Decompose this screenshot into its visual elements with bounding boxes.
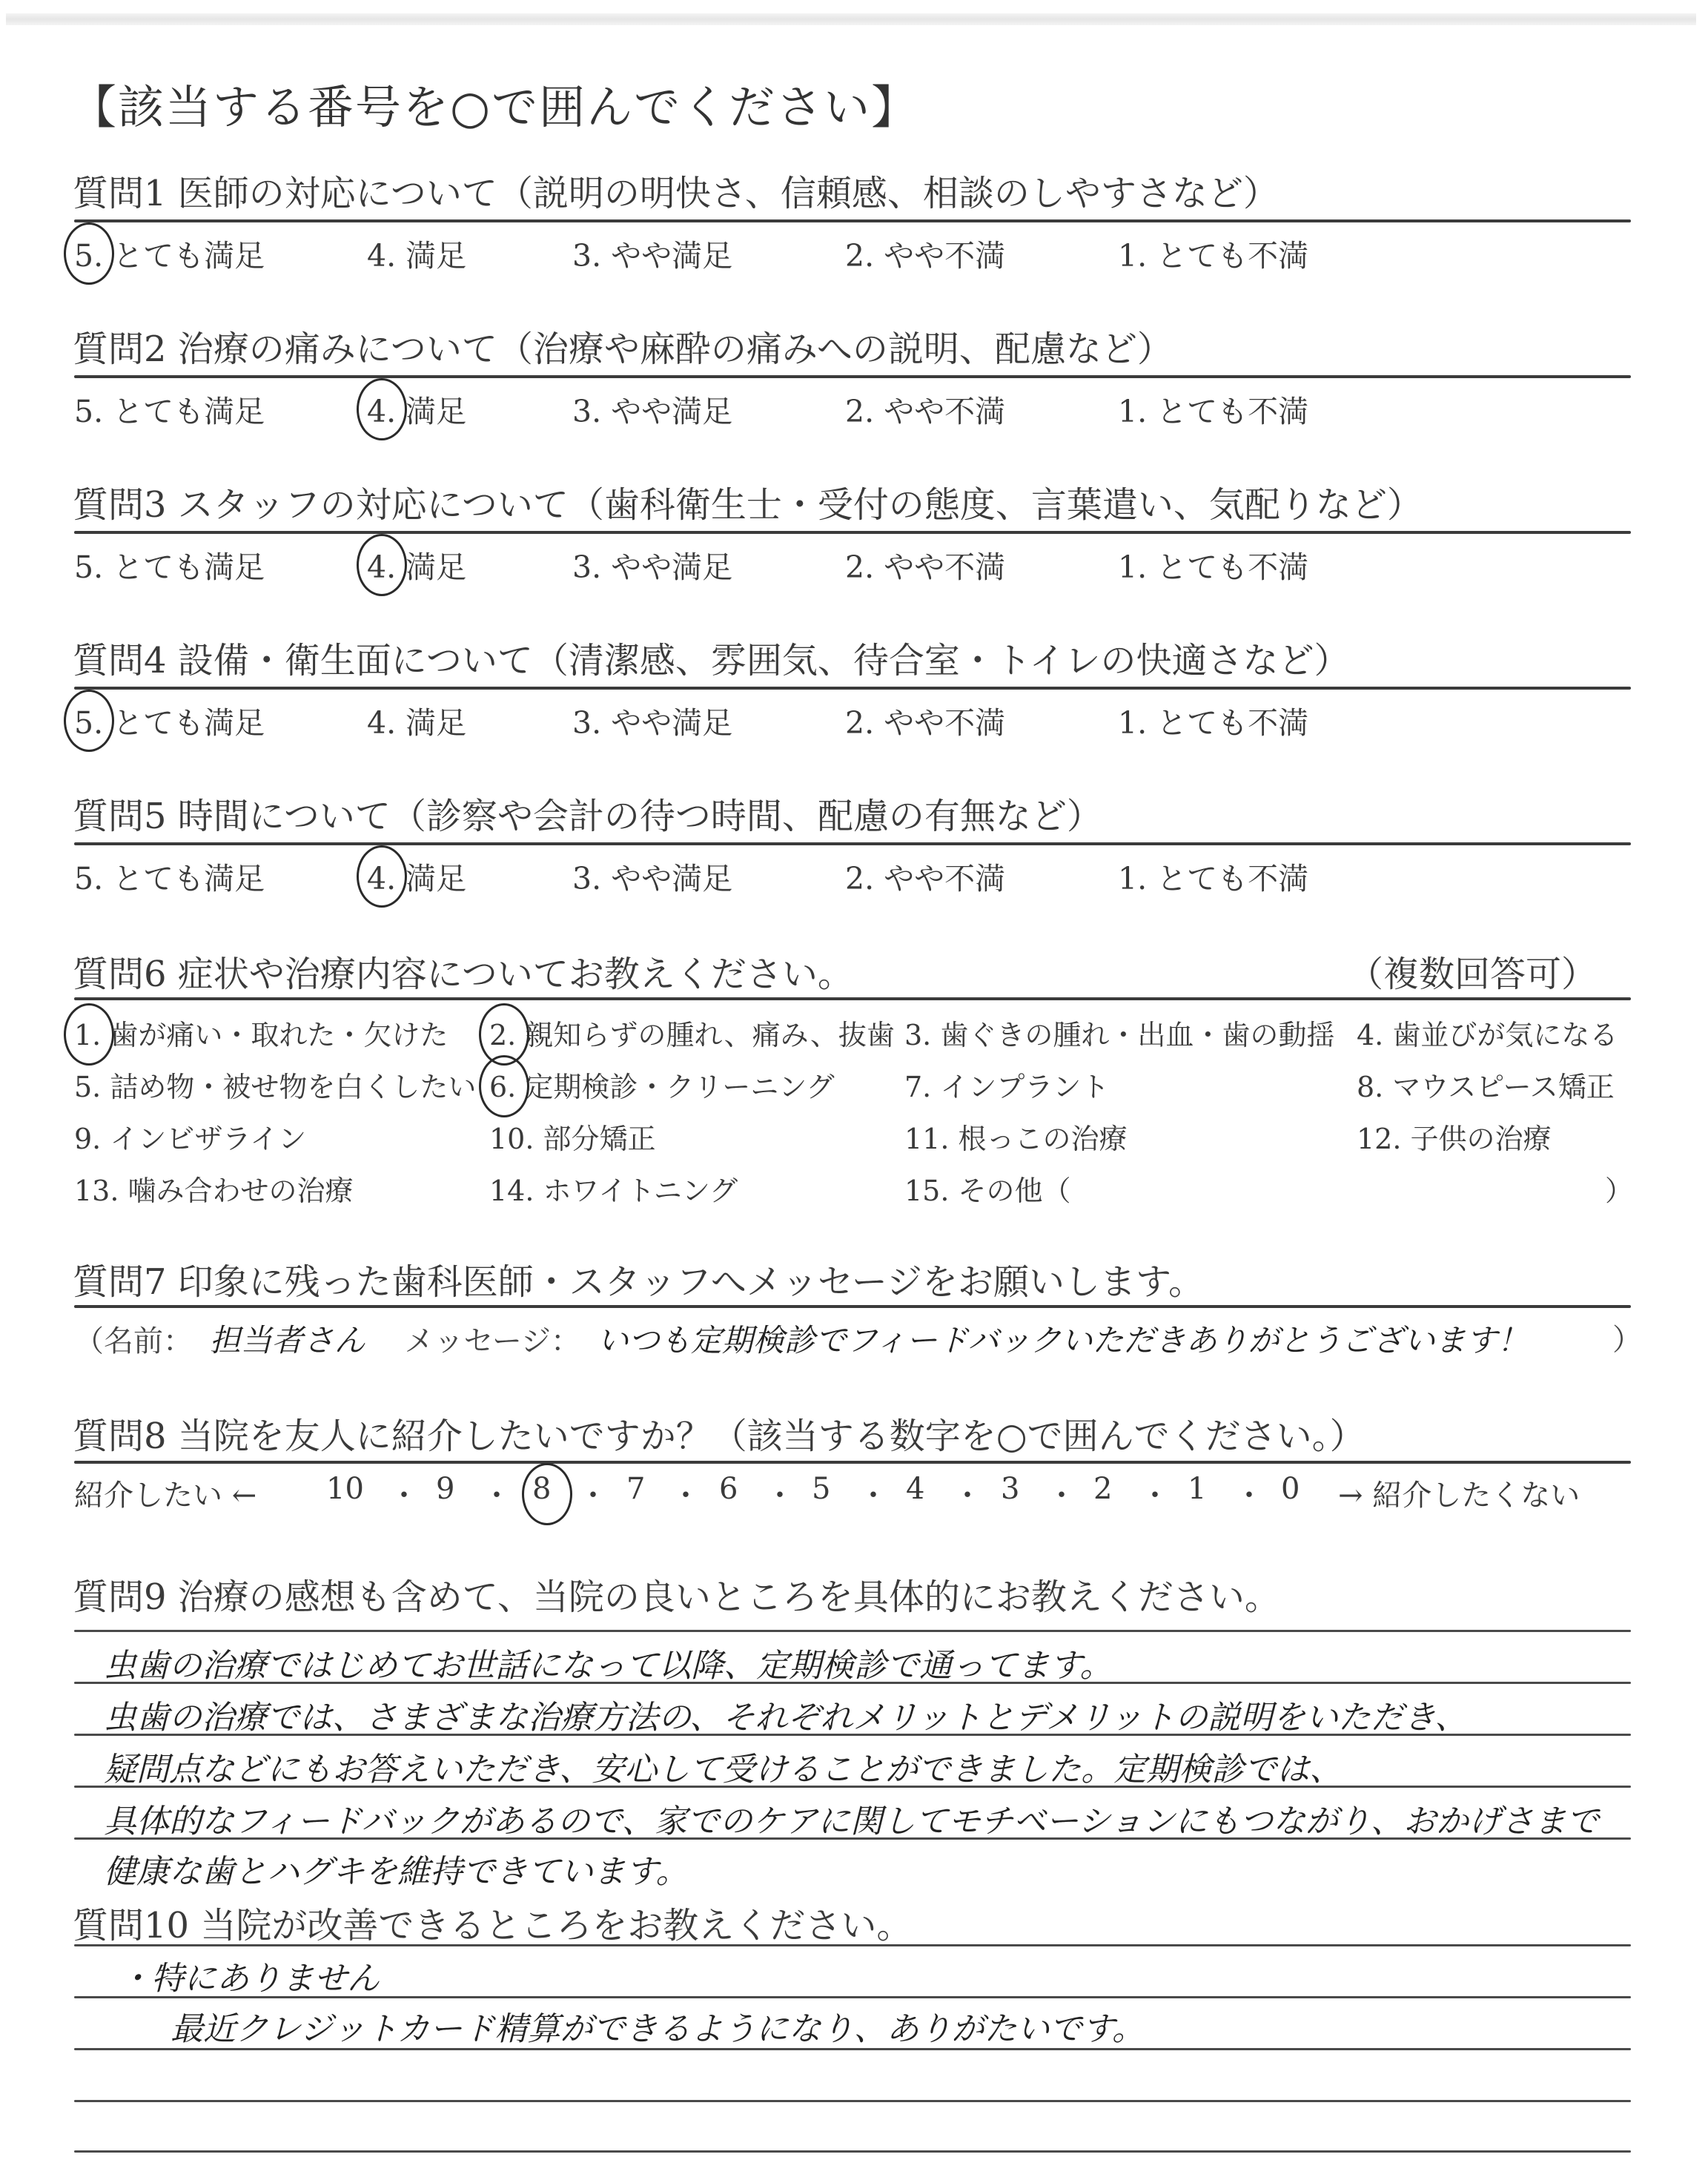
- scale-8[interactable]: 8: [532, 1472, 551, 1506]
- page-title: 【該当する番号を○で囲んでください】: [70, 70, 918, 136]
- q4-option-4[interactable]: 4. 満足: [367, 698, 466, 742]
- q5-option-4[interactable]: 4. 満足: [367, 854, 466, 898]
- q6-option-8[interactable]: 8. マウスピース矯正: [1357, 1064, 1615, 1105]
- question-2-divider: [74, 375, 1631, 378]
- q3-option-3[interactable]: 3. やや満足: [572, 543, 732, 587]
- q6-option-3[interactable]: 3. 歯ぐきの腫れ・出血・歯の動揺: [904, 1012, 1334, 1053]
- q5-option-2[interactable]: 2. やや不満: [845, 854, 1005, 898]
- q6-option-7[interactable]: 7. インプラント: [904, 1064, 1109, 1105]
- q3-option-1[interactable]: 1. とても不満: [1118, 543, 1308, 587]
- q6-option-13[interactable]: 13. 噛み合わせの治療: [74, 1168, 354, 1209]
- question-7-title: 質問7 印象に残った歯科医師・スタッフへメッセージをお願いします。: [73, 1253, 1204, 1304]
- q6-option-9[interactable]: 9. インビザライン: [74, 1116, 306, 1157]
- question-5-divider: [74, 842, 1631, 845]
- q9-answer-line-3[interactable]: 疑問点などにもお答えいただき、安心して受けることができました。定期検診では、: [104, 1743, 1342, 1790]
- question-6-divider: [74, 997, 1631, 1000]
- question-2-title: 質問2 治療の痛みについて（治療や麻酔の痛みへの説明、配慮など）: [73, 320, 1173, 371]
- question-1-title: 質問1 医師の対応について（説明の明快さ、信頼感、相談のしやすさなど）: [73, 165, 1279, 216]
- q9-answer-line-4[interactable]: 具体的なフィードバックがあるので、家でのケアに関してモチベーションにもつながり、…: [104, 1794, 1599, 1842]
- question-4-divider: [74, 687, 1631, 690]
- scale-1[interactable]: 1: [1188, 1472, 1206, 1506]
- scale-5[interactable]: 5: [812, 1472, 830, 1506]
- q10-line-3: [74, 2048, 1631, 2050]
- q1-option-5[interactable]: 5. とても満足: [74, 231, 265, 275]
- q10-line-2: [74, 1996, 1631, 1998]
- scale-2[interactable]: 2: [1093, 1472, 1112, 1506]
- name-value[interactable]: 担当者さん: [210, 1322, 365, 1358]
- q6-option-2[interactable]: 2. 親知らずの腫れ、痛み、抜歯: [489, 1012, 895, 1053]
- q10-line-5: [74, 2150, 1631, 2153]
- question-7-divider: [74, 1305, 1631, 1308]
- q9-answer-line-1[interactable]: 虫歯の治療ではじめてお世話になって以降、定期検診で通ってます。: [104, 1639, 1112, 1686]
- q6-option-15[interactable]: 15. その他（: [904, 1168, 1071, 1209]
- scale-3[interactable]: 3: [1001, 1472, 1019, 1506]
- q10-answer-line-1[interactable]: ・特にありません: [119, 1952, 380, 1999]
- scale-left-label: 紹介したい ←: [74, 1472, 256, 1514]
- q4-option-2[interactable]: 2. やや不満: [845, 698, 1005, 742]
- q5-option-5[interactable]: 5. とても満足: [74, 854, 265, 898]
- question-4-title: 質問4 設備・衛生面について（清潔感、雰囲気、待合室・トイレの快適さなど）: [73, 632, 1349, 683]
- q6-option-11[interactable]: 11. 根っこの治療: [904, 1116, 1128, 1157]
- q6-option-1[interactable]: 1. 歯が痛い・取れた・欠けた: [74, 1012, 448, 1053]
- message-value[interactable]: いつも定期検診でフィードバックいただきありがとうございます！: [598, 1322, 1529, 1358]
- scale-0[interactable]: 0: [1281, 1472, 1300, 1506]
- scale-10[interactable]: 10: [326, 1472, 364, 1506]
- question-1-options: 5. とても満足 4. 満足 3. やや満足 2. やや不満 1. とても不満: [74, 231, 1631, 276]
- scale-right-label: → 紹介したくない: [1338, 1472, 1580, 1514]
- q1-option-1[interactable]: 1. とても不満: [1118, 231, 1308, 275]
- question-5-options: 5. とても満足 4. 満足 3. やや満足 2. やや不満 1. とても不満: [74, 854, 1631, 899]
- scale-6[interactable]: 6: [719, 1472, 738, 1506]
- q10-line-1: [74, 1944, 1631, 1946]
- scale-7[interactable]: 7: [626, 1472, 645, 1506]
- q2-option-5[interactable]: 5. とても満足: [74, 387, 265, 431]
- question-1-divider: [74, 219, 1631, 222]
- q3-option-4[interactable]: 4. 満足: [367, 543, 466, 587]
- q9-line-5: [74, 1837, 1631, 1840]
- q6-option-5[interactable]: 5. 詰め物・被せ物を白くしたい: [74, 1064, 476, 1105]
- q2-option-2[interactable]: 2. やや不満: [845, 387, 1005, 431]
- q9-answer-line-5[interactable]: 健康な歯とハグキを維持できています。: [104, 1845, 688, 1892]
- question-5-title: 質問5 時間について（診察や会計の待つ時間、配慮の有無など）: [73, 787, 1102, 839]
- scan-top-edge: [6, 13, 1696, 25]
- scale-9[interactable]: 9: [436, 1472, 454, 1506]
- question-3-title: 質問3 スタッフの対応について（歯科衛生士・受付の態度、言葉遣い、気配りなど）: [73, 476, 1423, 527]
- q1-option-2[interactable]: 2. やや不満: [845, 231, 1005, 275]
- q4-option-5[interactable]: 5. とても満足: [74, 698, 265, 742]
- q4-option-1[interactable]: 1. とても不満: [1118, 698, 1308, 742]
- question-8-title: 質問8 当院を友人に紹介したいですか？（該当する数字を○で囲んでください。）: [73, 1407, 1366, 1459]
- q9-line-4: [74, 1786, 1631, 1788]
- q5-option-1[interactable]: 1. とても不満: [1118, 854, 1308, 898]
- q1-option-4[interactable]: 4. 満足: [367, 231, 466, 275]
- question-10-title: 質問10 当院が改善できるところをお教えください。: [73, 1897, 912, 1948]
- q6-option-12[interactable]: 12. 子供の治療: [1357, 1116, 1552, 1157]
- q2-option-4[interactable]: 4. 満足: [367, 387, 466, 431]
- question-7-answer: （名前： 担当者さん メッセージ： いつも定期検診でフィードバックいただきありが…: [74, 1316, 1631, 1361]
- q6-option-14[interactable]: 14. ホワイトニング: [489, 1168, 738, 1209]
- question-6-title: 質問6 症状や治療内容についてお教えください。: [73, 945, 853, 997]
- q9-line-3: [74, 1734, 1631, 1736]
- q10-line-4: [74, 2100, 1631, 2102]
- q4-option-3[interactable]: 3. やや満足: [572, 698, 732, 742]
- q2-option-3[interactable]: 3. やや満足: [572, 387, 732, 431]
- q9-answer-line-2[interactable]: 虫歯の治療では、さまざまな治療方法の、それぞれメリットとデメリットの説明をいただ…: [104, 1691, 1467, 1738]
- q6-other-close-paren: ）: [1605, 1168, 1633, 1209]
- question-9-title: 質問9 治療の感想も含めて、当院の良いところを具体的にお教えください。: [73, 1568, 1280, 1619]
- question-6-note: （複数回答可）: [1348, 945, 1597, 997]
- question-8-divider: [74, 1461, 1631, 1464]
- q6-option-10[interactable]: 10. 部分矯正: [489, 1116, 656, 1157]
- q6-option-6[interactable]: 6. 定期検診・クリーニング: [489, 1064, 835, 1105]
- question-3-divider: [74, 531, 1631, 534]
- q10-answer-line-2[interactable]: 最近クレジットカード精算ができるようになり、ありがたいです。: [171, 2002, 1145, 2050]
- message-label: メッセージ：: [404, 1324, 580, 1358]
- question-3-options: 5. とても満足 4. 満足 3. やや満足 2. やや不満 1. とても不満: [74, 543, 1631, 587]
- q9-line-2: [74, 1682, 1631, 1684]
- q3-option-2[interactable]: 2. やや不満: [845, 543, 1005, 587]
- message-close-paren: ）: [1612, 1316, 1642, 1358]
- q6-option-4[interactable]: 4. 歯並びが気になる: [1357, 1012, 1618, 1053]
- scale-4[interactable]: 4: [906, 1472, 924, 1506]
- q5-option-3[interactable]: 3. やや満足: [572, 854, 732, 898]
- question-4-options: 5. とても満足 4. 満足 3. やや満足 2. やや不満 1. とても不満: [74, 698, 1631, 743]
- q3-option-5[interactable]: 5. とても満足: [74, 543, 265, 587]
- q9-line-1: [74, 1630, 1631, 1632]
- q1-option-3[interactable]: 3. やや満足: [572, 231, 732, 275]
- name-label: （名前：: [74, 1324, 193, 1358]
- question-2-options: 5. とても満足 4. 満足 3. やや満足 2. やや不満 1. とても不満: [74, 387, 1631, 432]
- q2-option-1[interactable]: 1. とても不満: [1118, 387, 1308, 431]
